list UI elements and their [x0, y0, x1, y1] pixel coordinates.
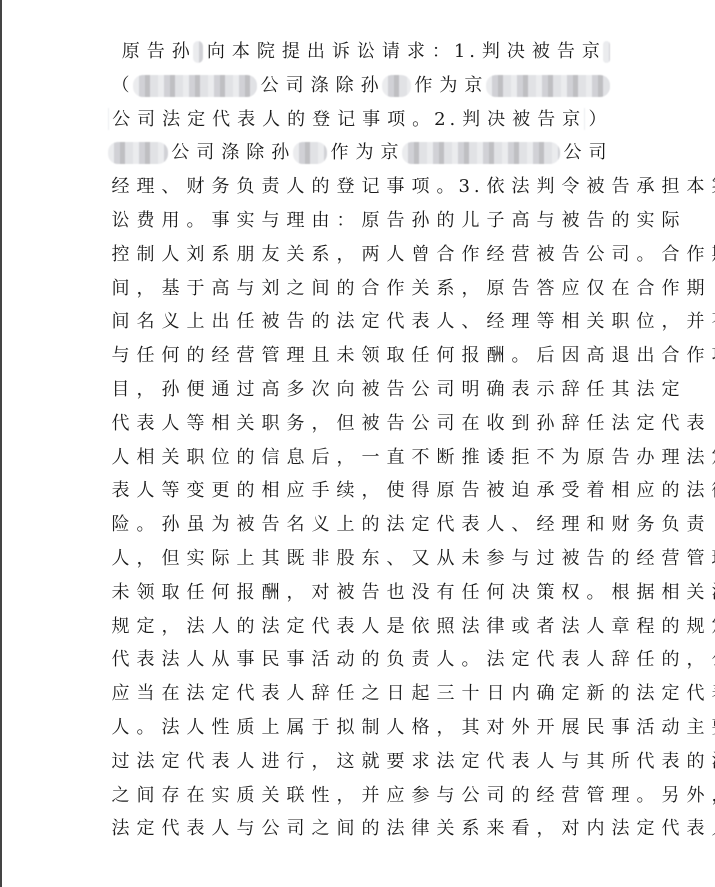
- redacted-text-block: [486, 75, 610, 97]
- text-segment: 作为京: [411, 69, 486, 103]
- redacted-text-block: [293, 142, 327, 164]
- text-segment: 过法定代表人进行，这就要求法定代表人与其所代表的法人: [108, 745, 715, 779]
- text-segment: 规定，法人的法定代表人是依照法律或者法人章程的规定，: [108, 610, 715, 644]
- text-line: 代表法人从事民事活动的负责人。法定代表人辞任的，公司: [108, 643, 610, 677]
- judgment-paragraph: 原告孙向本院提出诉讼请求：1.判决被告京（公司涤除孙作为京公司法定代表人的登记事…: [108, 35, 610, 846]
- text-segment: 原告孙: [118, 35, 193, 69]
- text-segment: 未领取任何报酬，对被告也没有任何决策权。根据相关法律: [108, 576, 715, 610]
- page-left-border: [0, 0, 2, 887]
- text-segment: 与刘: [233, 272, 283, 306]
- text-segment: ）: [585, 103, 610, 137]
- text-segment: 险。孙: [108, 508, 183, 542]
- text-segment: 辞任法定代表: [558, 407, 708, 441]
- text-segment: 公司法定代表人的登记事项。2.判决被告京: [109, 103, 584, 137]
- text-line: 讼费用。事实与理由：原告孙的儿子高与被告的实际: [108, 204, 610, 238]
- text-segment: 的儿子高: [433, 204, 533, 238]
- text-line: 人相关职位的信息后，一直不断推诿拒不为原告办理法定代: [108, 441, 610, 475]
- text-segment: 公司涤除孙: [257, 69, 382, 103]
- text-line: 之间存在实质关联性，并应参与公司的经营管理。另外，从: [108, 779, 610, 813]
- text-line: 应当在法定代表人辞任之日起三十日内确定新的法定代表: [108, 677, 610, 711]
- text-line: 原告孙向本院提出诉讼请求：1.判决被告京: [108, 35, 610, 69]
- text-line: 公司法定代表人的登记事项。2.判决被告京）: [108, 103, 610, 137]
- text-segment: 便通过高: [183, 373, 283, 407]
- text-segment: 虽为被告名义上的法定代表人、经理和财务负责: [183, 508, 708, 542]
- text-line: 规定，法人的法定代表人是依照法律或者法人章程的规定，: [108, 610, 610, 644]
- text-segment: 作为京: [327, 136, 402, 170]
- document-page: 原告孙向本院提出诉讼请求：1.判决被告京（公司涤除孙作为京公司法定代表人的登记事…: [0, 0, 715, 887]
- text-line: 过法定代表人进行，这就要求法定代表人与其所代表的法人: [108, 745, 610, 779]
- redacted-text-block: [133, 75, 257, 97]
- text-line: 代表人等相关职务，但被告公司在收到孙辞任法定代表: [108, 407, 610, 441]
- text-segment: 代表人等相关职务，但被告公司在收到孙: [108, 407, 558, 441]
- text-segment: 代表法人从事民事活动的负责人。法定代表人辞任的，公司: [108, 643, 715, 677]
- text-segment: 间名义上出任被告的法定代表人、经理等相关职位，并不参: [108, 305, 715, 339]
- text-segment: 公司涤除孙: [168, 136, 293, 170]
- text-segment: 经理、财务负责人的登记事项。3.依法判令被告承担本案诉: [108, 170, 715, 204]
- text-segment: 讼费用。事实与理由：原告孙: [108, 204, 433, 238]
- text-segment: 公司: [560, 136, 610, 170]
- redacted-text-block: [108, 108, 109, 130]
- redacted-text-block: [603, 41, 610, 63]
- redacted-text-block: [584, 108, 585, 130]
- text-line: 间名义上出任被告的法定代表人、经理等相关职位，并不参: [108, 305, 610, 339]
- text-segment: 与任何的经营管理且未领取任何报酬。后因高: [108, 339, 608, 373]
- text-segment: 人相关职位的信息后，一直不断推诿拒不为原告办理法定代: [108, 441, 715, 475]
- text-line: 公司涤除孙作为京公司: [108, 136, 610, 170]
- text-segment: 多次向被告公司明确表示辞任其法定: [283, 373, 683, 407]
- text-segment: 与被告的实际: [533, 204, 683, 238]
- text-segment: 控制人刘: [108, 238, 208, 272]
- text-line: 间，基于高与刘之间的合作关系，原告答应仅在合作期: [108, 272, 610, 306]
- redacted-text-block: [382, 75, 411, 97]
- text-line: 经理、财务负责人的登记事项。3.依法判令被告承担本案诉: [108, 170, 610, 204]
- text-line: 人，但实际上其既非股东、又从未参与过被告的经营管理，: [108, 542, 610, 576]
- text-segment: 应当在法定代表人辞任之日起三十日内确定新的法定代表: [108, 677, 715, 711]
- text-segment: 系朋友关系，两人曾合作经营被告公司。合作期: [208, 238, 715, 272]
- text-line: 与任何的经营管理且未领取任何报酬。后因高退出合作项: [108, 339, 610, 373]
- text-segment: 退出合作项: [608, 339, 715, 373]
- text-segment: 表人等变更的相应手续，使得原告被迫承受着相应的法律风: [108, 474, 715, 508]
- text-line: 法定代表人与公司之间的法律关系来看，对内法定代表人与: [108, 812, 610, 846]
- text-line: 人。法人性质上属于拟制人格，其对外开展民事活动主要通: [108, 711, 610, 745]
- text-line: 表人等变更的相应手续，使得原告被迫承受着相应的法律风: [108, 474, 610, 508]
- text-line: 未领取任何报酬，对被告也没有任何决策权。根据相关法律: [108, 576, 610, 610]
- text-segment: 人，但实际上其既非股东、又从未参与过被告的经营管理，: [108, 542, 715, 576]
- text-line: 目，孙便通过高多次向被告公司明确表示辞任其法定: [108, 373, 610, 407]
- text-segment: （: [108, 69, 133, 103]
- redacted-text-block: [402, 142, 560, 164]
- text-segment: 法定代表人与公司之间的法律关系来看，对内法定代表人与: [108, 812, 715, 846]
- text-segment: 之间的合作关系，原告答应仅在合作期: [283, 272, 708, 306]
- text-segment: 向本院提出诉讼请求：1.判决被告京: [203, 35, 603, 69]
- text-line: （公司涤除孙作为京: [108, 69, 610, 103]
- text-line: 险。孙虽为被告名义上的法定代表人、经理和财务负责: [108, 508, 610, 542]
- text-segment: 人。法人性质上属于拟制人格，其对外开展民事活动主要通: [108, 711, 715, 745]
- text-segment: 目，孙: [108, 373, 183, 407]
- redacted-text-block: [108, 142, 168, 164]
- text-segment: 之间存在实质关联性，并应参与公司的经营管理。另外，从: [108, 779, 715, 813]
- redacted-text-block: [193, 41, 203, 63]
- text-segment: 间，基于高: [108, 272, 233, 306]
- text-line: 控制人刘系朋友关系，两人曾合作经营被告公司。合作期: [108, 238, 610, 272]
